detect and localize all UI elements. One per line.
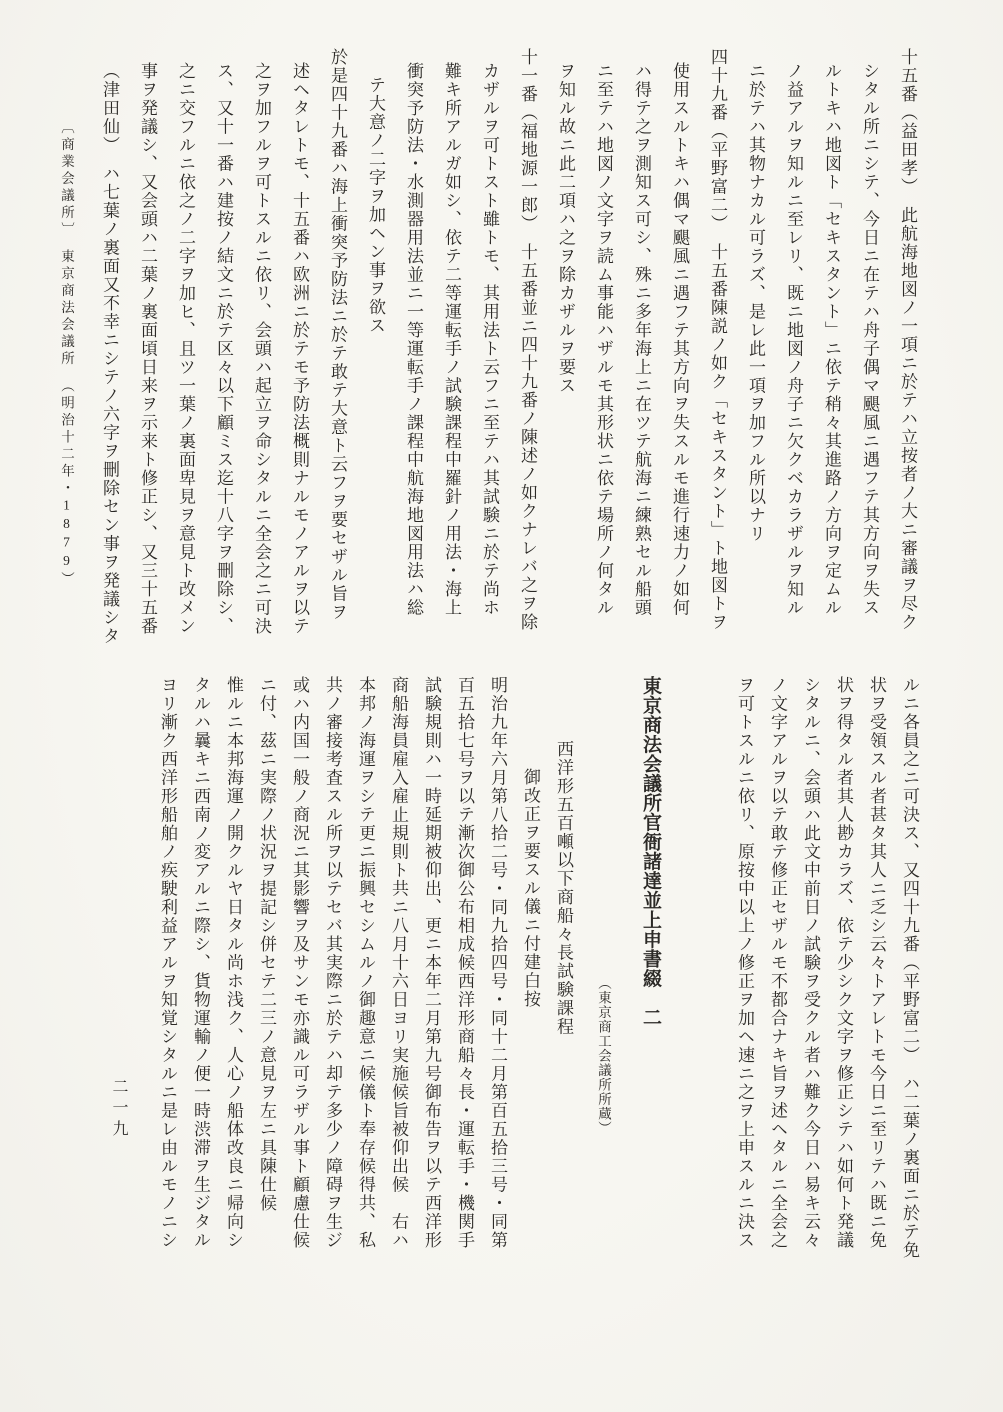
text-column: 商船海員雇入雇止規則ト共ニ八月十六日ヨリ実施候旨被仰出候 右ハ bbox=[382, 676, 415, 1271]
text-column: 明治九年六月第八拾二号・同九拾四号・同十二月第百五拾三号・同第 bbox=[481, 676, 514, 1271]
text-column: 之ニ交フルニ依之ノ二字ヲ加ヒ、且ツ一葉ノ裏面卑見ヲ意見ト改メン bbox=[166, 48, 204, 648]
text-column: ルニ各員之ニ可決ス、又四十九番（平野富二） ハ二葉ノ裏面ニ於テ免 bbox=[893, 676, 926, 1271]
text-column: ニ付、茲ニ実際ノ状況ヲ提記シ併セテ二三ノ意見ヲ左ニ具陳仕候 bbox=[250, 676, 283, 1271]
text-column: ヲ知ル故ニ此二項ハ之ヲ除カザルヲ要ス bbox=[546, 48, 584, 648]
text-column: テ大意ノ二字ヲ加ヘン事ヲ欲ス bbox=[356, 48, 394, 648]
text-column: 百五拾七号ヲ以テ漸次御公布相成候西洋形商船々長・運転手・機関手 bbox=[448, 676, 481, 1271]
text-column: カザルヲ可トスト雖トモ、其用法ト云フニ至テハ其試験ニ於テ尚ホ bbox=[470, 48, 508, 648]
text-column: （津田仙） ハ七葉ノ裏面又不幸ニシテノ六字ヲ刪除セン事ヲ発議シタ bbox=[90, 48, 128, 648]
running-head: 〔商業会議所〕 東京商法会議所 （明治十二年・1879） bbox=[52, 120, 80, 640]
text-column: 於是四十九番ハ海上衝突予防法ニ於テ敢テ大意ト云フヲ要セザル旨ヲ bbox=[318, 48, 356, 648]
text-column: ス、又十一番ハ建按ノ結文ニ於テ区々以下顧ミス迄十八字ヲ刪除シ、 bbox=[204, 48, 242, 648]
text-column: 状ヲ得タル者其人尠カラズ、依テ少シク文字ヲ修正シテハ如何ト発議 bbox=[827, 676, 860, 1271]
text-column: 衝突予防法・水測器用法並ニ一等運転手ノ課程中航海地図用法ハ総 bbox=[394, 48, 432, 648]
text-column: ニ至テハ地図ノ文字ヲ読ム事能ハザルモ其形状ニ依テ場所ノ何タル bbox=[584, 48, 622, 648]
doc-title-line-2: 御改正ヲ要スル儀ニ付建白按 bbox=[514, 676, 547, 1271]
page-number: 二一九 bbox=[104, 1078, 132, 1141]
text-column: ハ得テ之ヲ測知ス可シ、殊ニ多年海上ニ在ツテ航海ニ練熟セル船頭 bbox=[622, 48, 660, 648]
text-column: シタルニ、会頭ハ此文中前日ノ試験ヲ受クル者ハ難ク今日ハ易キ云々 bbox=[794, 676, 827, 1271]
text-column: タルハ曩キニ西南ノ変アルニ際シ、貨物運輸ノ便一時渋滞ヲ生ジタル bbox=[184, 676, 217, 1271]
text-column: 述ヘタレトモ、十五番ハ欧洲ニ於テモ予防法概則ナルモノアルヲ以テ bbox=[280, 48, 318, 648]
text-column: 事ヲ発議シ、又会頭ハ二葉ノ裏面頃日来ヲ示来ト修正シ、又三十五番 bbox=[128, 48, 166, 648]
text-column: ルトキハ地図ト「セキスタント」ニ依テ稍々其進路ノ方向ヲ定ムル bbox=[812, 48, 850, 648]
text-column: ノ文字アルヲ以テ敢テ修正セザルモ不都合ナキ旨ヲ述ヘタルニ全会之 bbox=[761, 676, 794, 1271]
text-column: 十五番（益田孝） 此航海地図ノ一項ニ於テハ立按者ノ大ニ審議ヲ尽ク bbox=[888, 48, 926, 648]
text-column: 使用スルトキハ偶マ颶風ニ遇フテ其方向ヲ失スルモ進行速力ノ如何 bbox=[660, 48, 698, 648]
text-column: 十一番（福地源一郎） 十五番並ニ四十九番ノ陳述ノ如クナレバ之ヲ除 bbox=[508, 48, 546, 648]
text-column: 本邦ノ海運ヲシテ更ニ振興セシムルノ御趣意ニ候儀ト奉存候得共、私 bbox=[349, 676, 382, 1271]
text-column: ヨリ漸ク西洋形船舶ノ疾駛利益アルヲ知覚シタルニ是レ由ルモノニシ bbox=[151, 676, 184, 1271]
text-column: 状ヲ受領スル者甚タ其人ニ乏シ云々トアレトモ今日ニ至リテハ既ニ免 bbox=[860, 676, 893, 1271]
bottom-text-block: ルニ各員之ニ可決ス、又四十九番（平野富二） ハ二葉ノ裏面ニ於テ免 状ヲ受領スル者… bbox=[151, 676, 926, 1271]
top-text-block: 十五番（益田孝） 此航海地図ノ一項ニ於テハ立按者ノ大ニ審議ヲ尽ク シタル所ニシテ… bbox=[90, 48, 926, 648]
text-column: 或ハ内国一般ノ商況ニ其影響ヲ及サンモ亦識ル可ラザル事ト顧慮仕候 bbox=[283, 676, 316, 1271]
text-column: ヲ可トスルニ依リ、原按中以上ノ修正ヲ加ヘ速ニ之ヲ上申スルニ決ス bbox=[728, 676, 761, 1271]
section-heading: 東京商法会議所官衙諸達並上申書綴 二 bbox=[630, 676, 670, 1271]
text-column: 難キ所アルガ如シ、依テ二等運転手ノ試験課程中羅針ノ用法・海上 bbox=[432, 48, 470, 648]
archive-note: （東京商工会議所所蔵） bbox=[588, 676, 618, 1271]
scanned-document-page: 十五番（益田孝） 此航海地図ノ一項ニ於テハ立按者ノ大ニ審議ヲ尽ク シタル所ニシテ… bbox=[0, 0, 1003, 1412]
text-column: ニ於テハ其物ナカル可ラズ、是レ此一項ヲ加フル所以ナリ bbox=[736, 48, 774, 648]
text-column: ノ益アルヲ知ルニ至レリ、既ニ地図ノ舟子ニ欠クベカラザルヲ知ル bbox=[774, 48, 812, 648]
text-column: 試験規則ハ一時延期被仰出、更ニ本年二月第九号御布告ヲ以テ西洋形 bbox=[415, 676, 448, 1271]
text-column: 四十九番（平野富二） 十五番陳説ノ如ク「セキスタント」ト地図トヲ bbox=[698, 48, 736, 648]
text-column: シタル所ニシテ、今日ニ在テハ舟子偶マ颶風ニ遇フテ其方向ヲ失ス bbox=[850, 48, 888, 648]
text-column: 共ノ審接考査スル所ヲ以テセバ其実際ニ於テハ却テ多少ノ障碍ヲ生ジ bbox=[316, 676, 349, 1271]
text-column: 之ヲ加フルヲ可トスルニ依リ、会頭ハ起立ヲ命シタルニ全会之ニ可決 bbox=[242, 48, 280, 648]
text-column: 惟ルニ本邦海運ノ開クルヤ日タル尚ホ浅ク、人心ノ船体改良ニ帰向シ bbox=[217, 676, 250, 1271]
doc-title-line-1: 西洋形五百噸以下商船々長試験課程 bbox=[547, 676, 580, 1271]
